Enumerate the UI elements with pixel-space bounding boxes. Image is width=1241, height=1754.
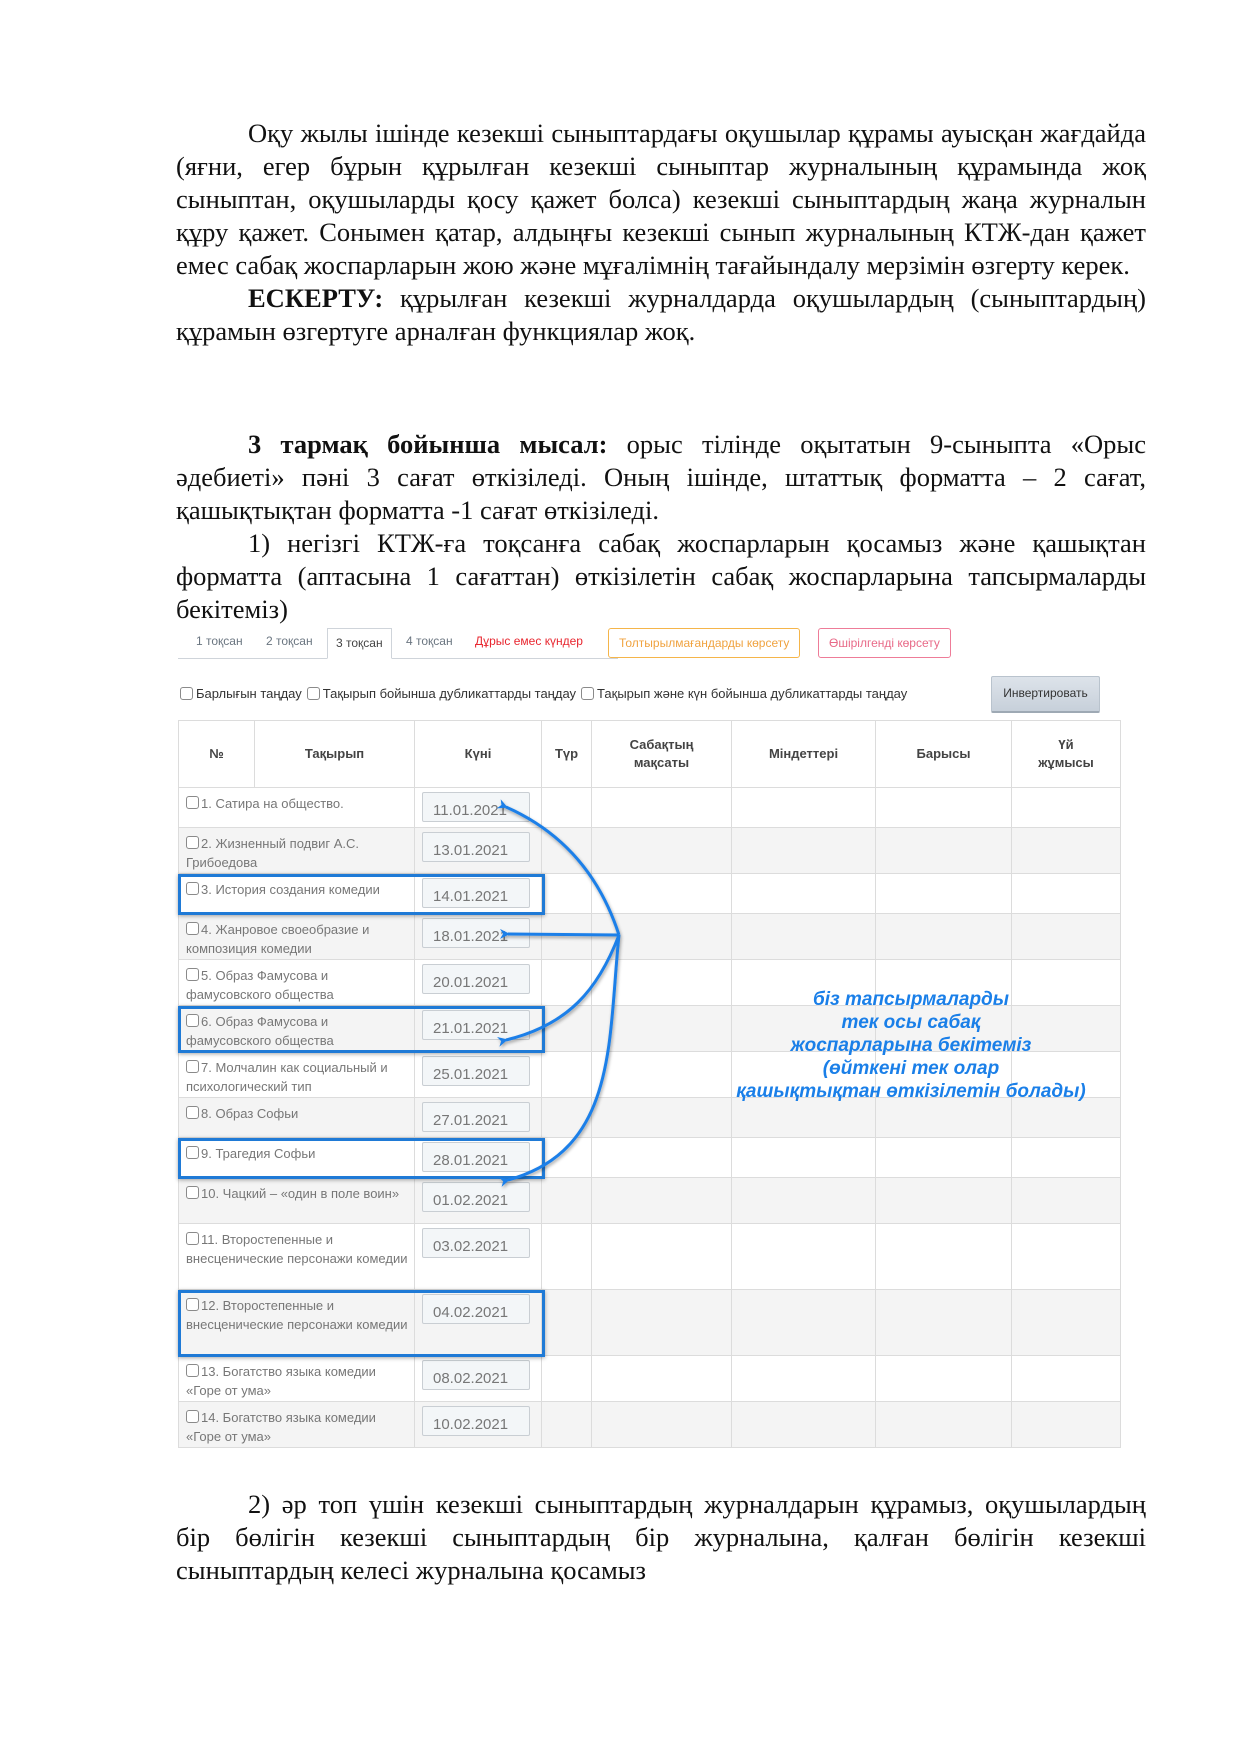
type-cell bbox=[542, 1006, 592, 1052]
annotation-line: біз тапсырмаларды bbox=[686, 988, 1136, 1011]
row-checkbox[interactable] bbox=[186, 922, 199, 935]
paragraph-step-2: 2) әр топ үшін кезекші сыныптардың журна… bbox=[176, 1488, 1146, 1587]
topic-cell: 14. Богатство языка комедии «Горе от ума… bbox=[179, 1402, 415, 1448]
topic-text: 12. Второстепенные и внесценические перс… bbox=[186, 1298, 408, 1332]
tasks-cell bbox=[732, 1356, 876, 1402]
journal-screenshot: 1 тоқсан 2 тоқсан 3 тоқсан 4 тоқсан Дұры… bbox=[178, 620, 1118, 1462]
homework-cell bbox=[1012, 1138, 1121, 1178]
table-row: 11. Второстепенные и внесценические перс… bbox=[179, 1224, 1121, 1290]
date-input[interactable]: 28.01.2021 bbox=[422, 1142, 530, 1172]
progress-cell bbox=[876, 828, 1012, 874]
row-checkbox[interactable] bbox=[186, 1186, 199, 1199]
topic-text: 9. Трагедия Софьи bbox=[201, 1146, 315, 1161]
date-cell: 01.02.2021 bbox=[415, 1178, 542, 1224]
tasks-cell bbox=[732, 1224, 876, 1290]
select-all-checkbox[interactable] bbox=[180, 687, 193, 700]
annotation-note: біз тапсырмаларды тек осы сабақ жоспарла… bbox=[686, 988, 1136, 1103]
annotation-line: жоспарларына бекітеміз bbox=[686, 1034, 1136, 1057]
topic-text: 11. Второстепенные и внесценические перс… bbox=[186, 1232, 408, 1266]
homework-cell bbox=[1012, 1356, 1121, 1402]
tab-quarter-2[interactable]: 2 тоқсан bbox=[266, 634, 313, 648]
select-topic-duplicates-label: Тақырып бойынша дубликаттарды таңдау bbox=[323, 686, 576, 701]
homework-cell bbox=[1012, 1098, 1121, 1138]
progress-cell bbox=[876, 1290, 1012, 1356]
tab-quarter-4[interactable]: 4 тоқсан bbox=[406, 634, 453, 648]
date-input[interactable]: 25.01.2021 bbox=[422, 1056, 530, 1086]
topic-text: 1. Сатира на общество. bbox=[201, 796, 344, 811]
paragraph-note: ЕСКЕРТУ: құрылған кезекші журналдарда оқ… bbox=[176, 282, 1146, 348]
col-progress: Барысы bbox=[876, 721, 1012, 788]
tasks-cell bbox=[732, 828, 876, 874]
quarter-tabs: 1 тоқсан 2 тоқсан 3 тоқсан 4 тоқсан Дұры… bbox=[178, 628, 618, 659]
homework-cell bbox=[1012, 914, 1121, 960]
topic-cell: 10. Чацкий – «один в поле воин» bbox=[179, 1178, 415, 1224]
date-cell: 14.01.2021 bbox=[415, 874, 542, 914]
topic-text: 6. Образ Фамусова и фамусовского обществ… bbox=[186, 1014, 334, 1048]
topic-text: 7. Молчалин как социальный и психологиче… bbox=[186, 1060, 388, 1094]
tasks-cell bbox=[732, 874, 876, 914]
type-cell bbox=[542, 1224, 592, 1290]
type-cell bbox=[542, 914, 592, 960]
type-cell bbox=[542, 1178, 592, 1224]
goal-cell bbox=[592, 874, 732, 914]
topic-cell: 7. Молчалин как социальный и психологиче… bbox=[179, 1052, 415, 1098]
date-cell: 03.02.2021 bbox=[415, 1224, 542, 1290]
tasks-cell bbox=[732, 1402, 876, 1448]
type-cell bbox=[542, 960, 592, 1006]
date-input[interactable]: 18.01.2021 bbox=[422, 918, 530, 948]
progress-cell bbox=[876, 1138, 1012, 1178]
progress-cell bbox=[876, 1178, 1012, 1224]
date-cell: 27.01.2021 bbox=[415, 1098, 542, 1138]
col-tasks: Міндеттері bbox=[732, 721, 876, 788]
date-cell: 28.01.2021 bbox=[415, 1138, 542, 1178]
date-input[interactable]: 14.01.2021 bbox=[422, 878, 530, 908]
homework-cell bbox=[1012, 828, 1121, 874]
homework-cell bbox=[1012, 1224, 1121, 1290]
show-deleted-button[interactable]: Өшірілгенді көрсету bbox=[818, 628, 951, 658]
topic-cell: 13. Богатство языка комедии «Горе от ума… bbox=[179, 1356, 415, 1402]
table-row: 9. Трагедия Софьи28.01.2021 bbox=[179, 1138, 1121, 1178]
homework-cell bbox=[1012, 1178, 1121, 1224]
col-lesson-goal: Сабақтың мақсаты bbox=[592, 721, 732, 788]
row-checkbox[interactable] bbox=[186, 796, 199, 809]
type-cell bbox=[542, 1402, 592, 1448]
date-cell: 08.02.2021 bbox=[415, 1356, 542, 1402]
progress-cell bbox=[876, 788, 1012, 828]
topic-text: 14. Богатство языка комедии «Горе от ума… bbox=[186, 1410, 376, 1444]
goal-cell bbox=[592, 1224, 732, 1290]
date-cell: 18.01.2021 bbox=[415, 914, 542, 960]
date-cell: 10.02.2021 bbox=[415, 1402, 542, 1448]
row-checkbox[interactable] bbox=[186, 1106, 199, 1119]
table-row: 1. Сатира на общество.11.01.2021 bbox=[179, 788, 1121, 828]
topic-cell: 12. Второстепенные и внесценические перс… bbox=[179, 1290, 415, 1356]
tasks-cell bbox=[732, 1290, 876, 1356]
table-row: 3. История создания комедии14.01.2021 bbox=[179, 874, 1121, 914]
col-type: Түр bbox=[542, 721, 592, 788]
annotation-line: тек осы сабақ bbox=[686, 1011, 1136, 1034]
type-cell bbox=[542, 1098, 592, 1138]
progress-cell bbox=[876, 914, 1012, 960]
select-all-label: Барлығын таңдау bbox=[196, 686, 302, 701]
topic-cell: 4. Жанровое своеобразие и композиция ком… bbox=[179, 914, 415, 960]
tasks-cell bbox=[732, 1138, 876, 1178]
topic-text: 10. Чацкий – «один в поле воин» bbox=[201, 1186, 399, 1201]
progress-cell bbox=[876, 1356, 1012, 1402]
example-text: 3 тармақ бойынша мысал: орыс тілінде оқы… bbox=[176, 428, 1146, 626]
goal-cell bbox=[592, 1178, 732, 1224]
topic-cell: 5. Образ Фамусова и фамусовского обществ… bbox=[179, 960, 415, 1006]
table-header-row: № Тақырып Күні Түр Сабақтың мақсаты Мінд… bbox=[179, 721, 1121, 788]
topic-cell: 11. Второстепенные и внесценические перс… bbox=[179, 1224, 415, 1290]
row-checkbox[interactable] bbox=[186, 1298, 199, 1311]
col-homework-label: Үй жұмысы bbox=[1031, 736, 1101, 772]
topic-cell: 8. Образ Софьи bbox=[179, 1098, 415, 1138]
table-row: 8. Образ Софьи27.01.2021 bbox=[179, 1098, 1121, 1138]
table-row: 13. Богатство языка комедии «Горе от ума… bbox=[179, 1356, 1121, 1402]
tab-quarter-1[interactable]: 1 тоқсан bbox=[196, 634, 243, 648]
topic-text: 5. Образ Фамусова и фамусовского обществ… bbox=[186, 968, 334, 1002]
invert-button[interactable]: Инвертировать bbox=[991, 676, 1100, 713]
col-homework: Үй жұмысы bbox=[1012, 721, 1121, 788]
progress-cell bbox=[876, 874, 1012, 914]
date-input[interactable]: 20.01.2021 bbox=[422, 964, 530, 994]
goal-cell bbox=[592, 788, 732, 828]
date-cell: 13.01.2021 bbox=[415, 828, 542, 874]
topic-cell: 1. Сатира на общество. bbox=[179, 788, 415, 828]
date-input[interactable]: 01.02.2021 bbox=[422, 1182, 530, 1212]
paragraph-journal-change: Оқу жылы ішінде кезекші сыныптардағы оқу… bbox=[176, 117, 1146, 282]
type-cell bbox=[542, 788, 592, 828]
type-cell bbox=[542, 1290, 592, 1356]
date-input[interactable]: 08.02.2021 bbox=[422, 1360, 530, 1390]
col-topic: Тақырып bbox=[255, 721, 415, 788]
tasks-cell bbox=[732, 914, 876, 960]
table-row: 12. Второстепенные и внесценические перс… bbox=[179, 1290, 1121, 1356]
topic-cell: 3. История создания комедии bbox=[179, 874, 415, 914]
col-number: № bbox=[179, 721, 255, 788]
progress-cell bbox=[876, 1402, 1012, 1448]
tasks-cell bbox=[732, 1098, 876, 1138]
tasks-cell bbox=[732, 1178, 876, 1224]
date-input[interactable]: 11.01.2021 bbox=[422, 792, 530, 822]
date-cell: 21.01.2021 bbox=[415, 1006, 542, 1052]
type-cell bbox=[542, 1138, 592, 1178]
show-unfilled-button[interactable]: Толтырылмағандарды көрсету bbox=[608, 628, 800, 658]
intro-text: Оқу жылы ішінде кезекші сыныптардағы оқу… bbox=[176, 117, 1146, 348]
goal-cell bbox=[592, 1356, 732, 1402]
topic-text: 8. Образ Софьи bbox=[201, 1106, 298, 1121]
annotation-line: (өйткені тек олар bbox=[686, 1057, 1136, 1080]
row-checkbox[interactable] bbox=[186, 1410, 199, 1423]
type-cell bbox=[542, 1356, 592, 1402]
table-row: 4. Жанровое своеобразие и композиция ком… bbox=[179, 914, 1121, 960]
topic-text: 4. Жанровое своеобразие и композиция ком… bbox=[186, 922, 369, 956]
tasks-cell bbox=[732, 788, 876, 828]
step-2-text: 2) әр топ үшін кезекші сыныптардың журна… bbox=[176, 1488, 1146, 1587]
date-input[interactable]: 03.02.2021 bbox=[422, 1228, 530, 1258]
note-label: ЕСКЕРТУ: bbox=[248, 283, 383, 313]
goal-cell bbox=[592, 914, 732, 960]
date-cell: 11.01.2021 bbox=[415, 788, 542, 828]
date-input[interactable]: 04.02.2021 bbox=[422, 1294, 530, 1324]
table-row: 14. Богатство языка комедии «Горе от ума… bbox=[179, 1402, 1121, 1448]
date-input[interactable]: 27.01.2021 bbox=[422, 1102, 530, 1132]
col-lesson-goal-label: Сабақтың мақсаты bbox=[617, 736, 707, 772]
row-checkbox[interactable] bbox=[186, 1060, 199, 1073]
type-cell bbox=[542, 874, 592, 914]
homework-cell bbox=[1012, 1290, 1121, 1356]
homework-cell bbox=[1012, 788, 1121, 828]
paragraph-example: 3 тармақ бойынша мысал: орыс тілінде оқы… bbox=[176, 428, 1146, 527]
progress-cell bbox=[876, 1098, 1012, 1138]
topic-cell: 2. Жизненный подвиг А.С. Грибоедова bbox=[179, 828, 415, 874]
tab-quarter-3[interactable]: 3 тоқсан bbox=[327, 628, 392, 659]
topic-text: 3. История создания комедии bbox=[201, 882, 380, 897]
progress-cell bbox=[876, 1224, 1012, 1290]
date-input[interactable]: 10.02.2021 bbox=[422, 1406, 530, 1436]
select-topic-date-duplicates-label: Тақырып және күн бойынша дубликаттарды т… bbox=[597, 686, 907, 701]
annotation-line: қашықтықтан өткізілетін болады) bbox=[686, 1080, 1136, 1103]
goal-cell bbox=[592, 1138, 732, 1178]
table-row: 10. Чацкий – «один в поле воин»01.02.202… bbox=[179, 1178, 1121, 1224]
row-checkbox[interactable] bbox=[186, 1364, 199, 1377]
date-cell: 20.01.2021 bbox=[415, 960, 542, 1006]
type-cell bbox=[542, 828, 592, 874]
goal-cell bbox=[592, 1290, 732, 1356]
table-row: 2. Жизненный подвиг А.С. Грибоедова13.01… bbox=[179, 828, 1121, 874]
date-cell: 25.01.2021 bbox=[415, 1052, 542, 1098]
goal-cell bbox=[592, 1098, 732, 1138]
row-checkbox[interactable] bbox=[186, 882, 199, 895]
date-input[interactable]: 21.01.2021 bbox=[422, 1010, 530, 1040]
select-options: Барлығын таңдау Тақырып бойынша дубликат… bbox=[178, 678, 910, 708]
homework-cell bbox=[1012, 1402, 1121, 1448]
row-checkbox[interactable] bbox=[186, 1146, 199, 1159]
topic-cell: 9. Трагедия Софьи bbox=[179, 1138, 415, 1178]
type-cell bbox=[542, 1052, 592, 1098]
goal-cell bbox=[592, 1402, 732, 1448]
select-topic-date-duplicates-checkbox[interactable] bbox=[581, 687, 594, 700]
row-checkbox[interactable] bbox=[186, 1014, 199, 1027]
row-checkbox[interactable] bbox=[186, 968, 199, 981]
col-date: Күні bbox=[415, 721, 542, 788]
date-cell: 04.02.2021 bbox=[415, 1290, 542, 1356]
topic-text: 2. Жизненный подвиг А.С. Грибоедова bbox=[186, 836, 359, 870]
select-topic-duplicates-checkbox[interactable] bbox=[307, 687, 320, 700]
paragraph-step-1: 1) негізгі КТЖ-ға тоқсанға сабақ жоспарл… bbox=[176, 527, 1146, 626]
topic-text: 13. Богатство языка комедии «Горе от ума… bbox=[186, 1364, 376, 1398]
homework-cell bbox=[1012, 874, 1121, 914]
tab-wrong-days[interactable]: Дұрыс емес күндер bbox=[475, 634, 583, 648]
row-checkbox[interactable] bbox=[186, 836, 199, 849]
topic-cell: 6. Образ Фамусова и фамусовского обществ… bbox=[179, 1006, 415, 1052]
date-input[interactable]: 13.01.2021 bbox=[422, 832, 530, 862]
row-checkbox[interactable] bbox=[186, 1232, 199, 1245]
goal-cell bbox=[592, 828, 732, 874]
example-label: 3 тармақ бойынша мысал: bbox=[248, 429, 607, 459]
